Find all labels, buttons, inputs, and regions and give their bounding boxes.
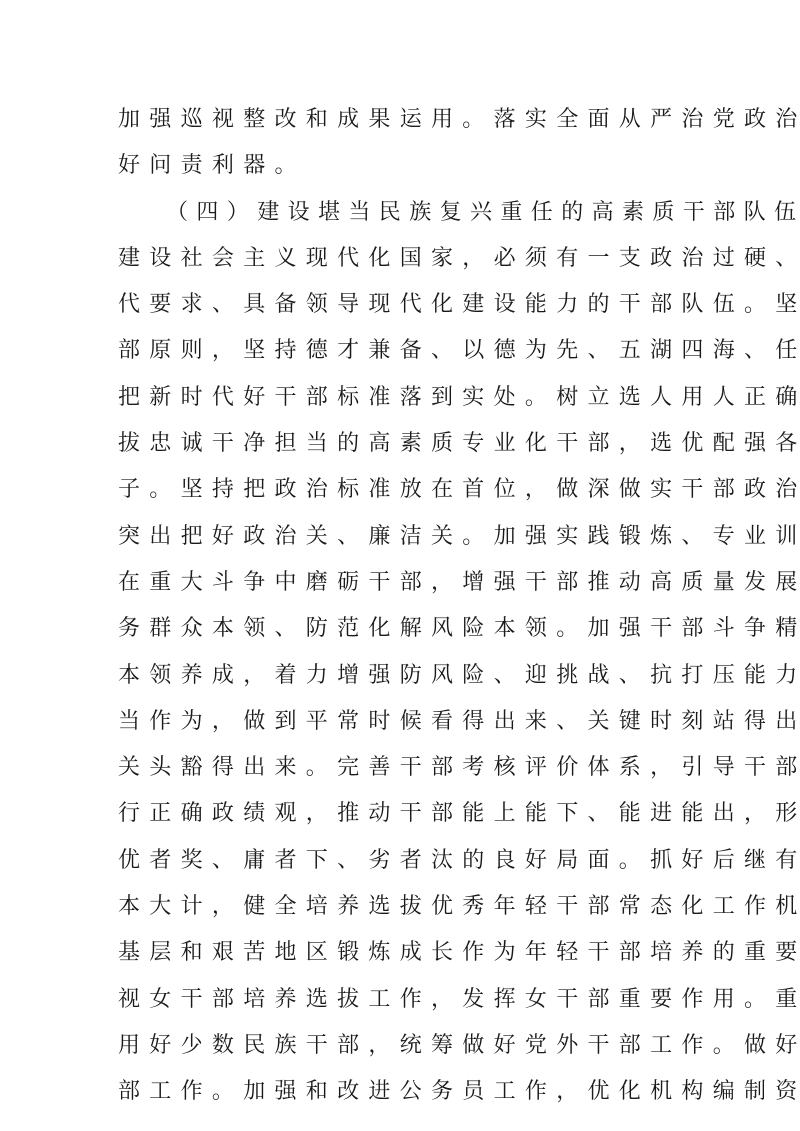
text-line: 本大计，健全培养选拔优秀年轻干部常态化工作机制，把到 bbox=[118, 888, 688, 934]
paragraph-cadre-team: （四）建设堪当民族复兴重任的高素质干部队伍。全面 建设社会主义现代化国家，必须有… bbox=[118, 194, 688, 1120]
text-line: 行正确政绩观，推动干部能上能下、能进能出，形成能者上、 bbox=[118, 795, 688, 841]
section-heading-line: （四）建设堪当民族复兴重任的高素质干部队伍。全面 bbox=[118, 194, 688, 240]
text-line: 子。坚持把政治标准放在首位，做深做实干部政治素质考察， bbox=[118, 471, 688, 517]
text-line: 基层和艰苦地区锻炼成长作为年轻干部培养的重要途径。重 bbox=[118, 934, 688, 980]
document-page: 加强巡视整改和成果运用。落实全面从严治党政治责任，用 好问责利器。 （四）建设堪… bbox=[118, 101, 688, 1120]
text-line: 视女干部培养选拔工作，发挥女干部重要作用。重视培养和 bbox=[118, 981, 688, 1027]
text-line: 优者奖、庸者下、劣者汰的良好局面。抓好后继有人这个根 bbox=[118, 842, 688, 888]
text-line: 部原则，坚持德才兼备、以德为先、五湖四海、任人唯贤， bbox=[118, 332, 688, 378]
text-line: 加强巡视整改和成果运用。落实全面从严治党政治责任，用 bbox=[118, 101, 688, 147]
text-line: 代要求、具备领导现代化建设能力的干部队伍。坚持党管干 bbox=[118, 286, 688, 332]
text-line: 务群众本领、防范化解风险本领。加强干部斗争精神和斗争 bbox=[118, 610, 688, 656]
text-line: 突出把好政治关、廉洁关。加强实践锻炼、专业训练，注重 bbox=[118, 518, 688, 564]
text-line: 本领养成，着力增强防风险、迎挑战、抗打压能力，带头担 bbox=[118, 657, 688, 703]
text-line: 用好少数民族干部，统筹做好党外干部工作。做好离退休干 bbox=[118, 1027, 688, 1073]
paragraph-inspection: 加强巡视整改和成果运用。落实全面从严治党政治责任，用 好问责利器。 bbox=[118, 101, 688, 194]
text-line: 部工作。加强和改进公务员工作，优化机构编制资源配置。 bbox=[118, 1073, 688, 1119]
text-line: 在重大斗争中磨砺干部，增强干部推动高质量发展本领、服 bbox=[118, 564, 688, 610]
text-line: 把新时代好干部标准落到实处。树立选人用人正确导向，选 bbox=[118, 379, 688, 425]
text-line: 建设社会主义现代化国家，必须有一支政治过硬、适应新时 bbox=[118, 240, 688, 286]
text-line: 好问责利器。 bbox=[118, 147, 688, 193]
text-line: 关头豁得出来。完善干部考核评价体系，引导干部树立和践 bbox=[118, 749, 688, 795]
text-line: 拔忠诚干净担当的高素质专业化干部，选优配强各级领导班 bbox=[118, 425, 688, 471]
text-line: 当作为，做到平常时候看得出来、关键时刻站得出来、危难 bbox=[118, 703, 688, 749]
